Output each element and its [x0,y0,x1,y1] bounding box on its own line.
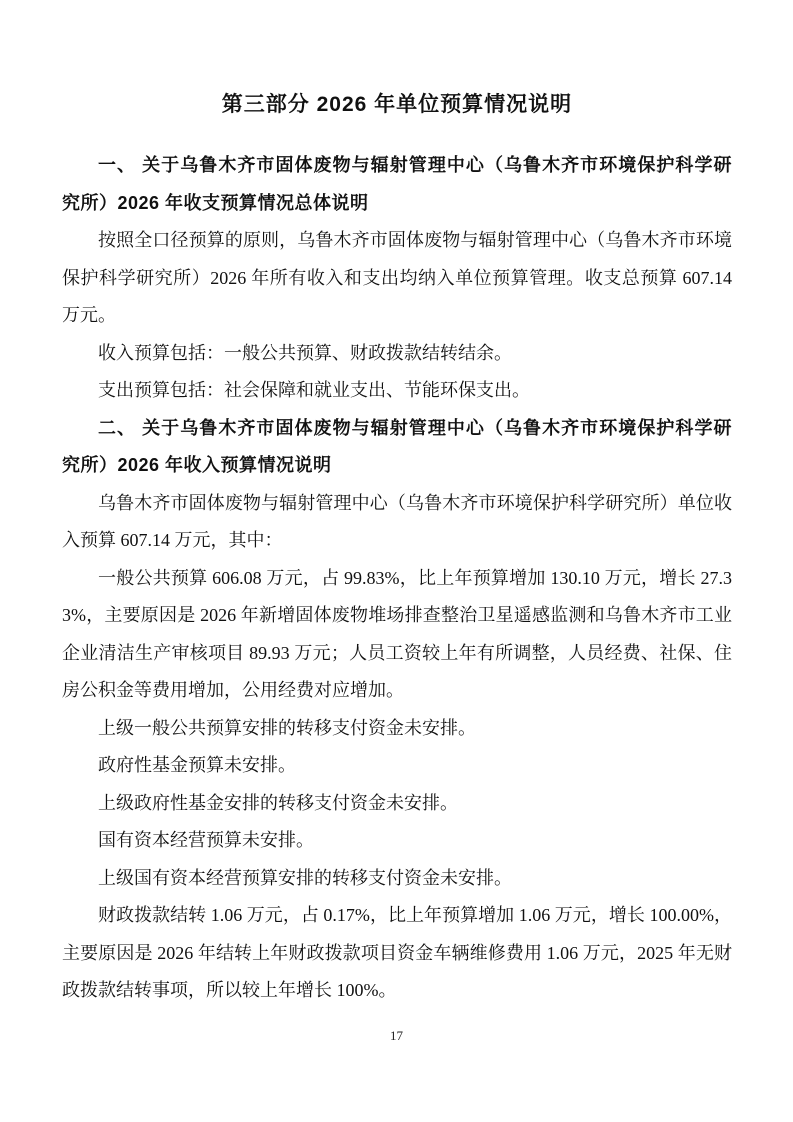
paragraph-transfer-payment-general: 上级一般公共预算安排的转移支付资金未安排。 [62,710,732,748]
paragraph-revenue-includes: 收入预算包括：一般公共预算、财政拨款结转结余。 [62,335,732,373]
paragraph-general-public-budget: 一般公共预算 606.08 万元，占 99.83%，比上年预算增加 130.10… [62,560,732,710]
section-heading-2: 二、 关于乌鲁木齐市固体废物与辐射管理中心（乌鲁木齐市环境保护科学研究所）202… [62,410,732,485]
page-number: 17 [0,1028,793,1044]
document-title: 第三部分 2026 年单位预算情况说明 [62,86,732,124]
paragraph-expenditure-includes: 支出预算包括：社会保障和就业支出、节能环保支出。 [62,372,732,410]
document-content: 第三部分 2026 年单位预算情况说明 一、 关于乌鲁木齐市固体废物与辐射管理中… [62,86,732,1010]
paragraph-overall-budget: 按照全口径预算的原则，乌鲁木齐市固体废物与辐射管理中心（乌鲁木齐市环境保护科学研… [62,222,732,335]
paragraph-transfer-payment-state-capital: 上级国有资本经营预算安排的转移支付资金未安排。 [62,860,732,898]
paragraph-unit-revenue: 乌鲁木齐市固体废物与辐射管理中心（乌鲁木齐市环境保护科学研究所）单位收入预算 6… [62,485,732,560]
paragraph-government-fund: 政府性基金预算未安排。 [62,747,732,785]
paragraph-fiscal-carryover: 财政拨款结转 1.06 万元，占 0.17%，比上年预算增加 1.06 万元，增… [62,897,732,1010]
paragraph-state-capital: 国有资本经营预算未安排。 [62,822,732,860]
paragraph-transfer-payment-fund: 上级政府性基金安排的转移支付资金未安排。 [62,785,732,823]
document-page: 第三部分 2026 年单位预算情况说明 一、 关于乌鲁木齐市固体废物与辐射管理中… [0,0,793,1122]
section-heading-1: 一、 关于乌鲁木齐市固体废物与辐射管理中心（乌鲁木齐市环境保护科学研究所）202… [62,147,732,222]
